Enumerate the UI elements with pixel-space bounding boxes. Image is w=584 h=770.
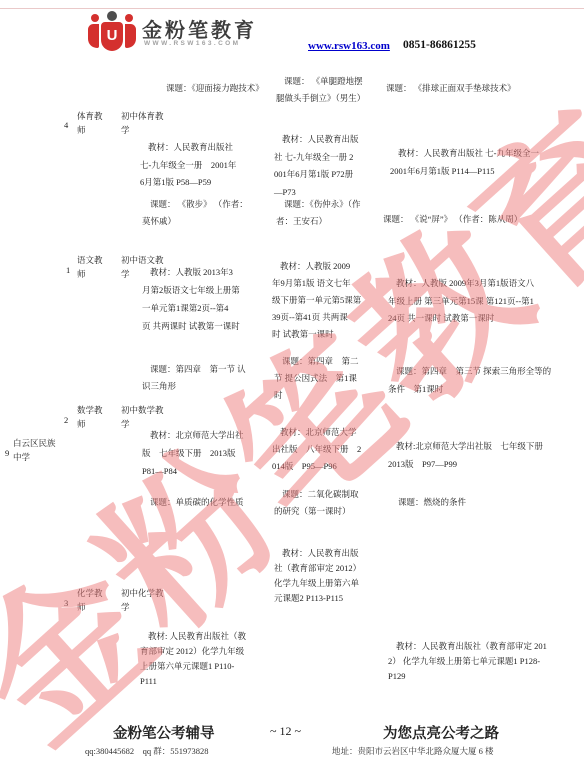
brand-name: 金粉笔教育 [142, 14, 257, 43]
pe-material-left: 教材：人民教育出版社七-九年级全一册 2001年6月第1版 P58—P59 [140, 139, 274, 192]
top-divider [0, 8, 584, 9]
math-material-left: 教材：北京师范大学出社版 七年级下册 2013版P81—P84 [142, 426, 276, 480]
chem-position-label: 化学教师 [77, 586, 103, 614]
brand-site-caption: WWW.RSW163.COM [144, 40, 240, 47]
pe-position-label: 体育教师 [77, 109, 103, 137]
pe-material-mid: 教材：人民教育出版社 七-九年级全一册 2001年6月第1版 P72册—P73 [274, 131, 396, 201]
logo-left-arm-icon [88, 24, 99, 48]
chinese-material-mid: 教材：人教版 2009年9月第1版 语文七年级下册第一单元第5课第39页--第4… [272, 258, 396, 343]
pe-subject-label: 初中体育教学 [121, 109, 164, 137]
math-material-mid: 教材：北京师范大学出社版 八年级下册 2014版 P95—P96 [272, 424, 396, 475]
footer-right-title: 为您点亮公考之路 [383, 722, 499, 743]
chinese-position-label: 语文教师 [77, 253, 103, 281]
chem-topic-left: 课题：单质碳的化学性质 [142, 494, 287, 512]
logo-u-icon: U [101, 22, 123, 51]
chem-material-left: 教材: 人民教育出版社（教育部审定 2012）化学九年级上册第六单元课题1 P1… [140, 629, 278, 689]
logo-head-icon [107, 11, 117, 21]
phone-number: 0851-86861255 [403, 39, 476, 51]
pe-topic-right: 课题： 《排球正面双手垫球技术》 [378, 80, 583, 98]
math-position-label: 数学教师 [77, 403, 103, 431]
math-material-right: 教材:北京师范大学出社版 七年级下册2013版 P97—P99 [388, 438, 584, 473]
logo-right-arm-icon [125, 24, 136, 48]
website-link[interactable]: www.rsw163.com [308, 40, 390, 52]
document-page: U 金粉笔教育 WWW.RSW163.COM www.rsw163.com 08… [0, 0, 584, 770]
footer-address: 地址：贵阳市云岩区中华北路众厦大厦 6 楼 [332, 745, 494, 757]
math-topic-mid: 课题：第四章 第二节 提公因式法 第1课时 [274, 353, 396, 404]
pe-row-number: 4 [64, 120, 68, 130]
math-row-number: 2 [64, 415, 68, 425]
school-name: 白云区民族中学 [13, 436, 56, 464]
chem-topic-mid: 课题：二氧化碳制取的研究（第一课时） [274, 486, 396, 520]
logo-right-figure-icon [125, 14, 133, 22]
chinese-material-left: 教材：人教版 2013年3月第2版语文七年级上册第一单元第1课第2页--第4页 … [142, 263, 276, 335]
pe-topic-left: 课题：《迎面接力跑技术》 [158, 80, 288, 98]
footer-qq-line: qq:380445682 qq 群：551973828 [85, 745, 209, 757]
chem-row-number: 3 [64, 598, 68, 608]
math-topic-right: 课题：第四章 第三节 探索三角形全等的条件 第1课时 [388, 362, 584, 398]
chinese-topic-left: 课题： 《散步》 （作者：莫怀戚） [142, 196, 274, 230]
logo-left-figure-icon [91, 14, 99, 22]
chinese-material-right: 教材：人教版 2009年3月第1版语文八年级上册 第三单元第15课 第121页-… [388, 275, 584, 328]
chem-material-right: 教材：人民教育出版社（教育部审定 2012） 化学九年级上册第七单元课题1 P1… [388, 639, 584, 684]
pe-material-right: 教材：人民教育出版社 七-九年级全一2001年6月第1版 P114—P115 [390, 145, 584, 180]
math-topic-left: 课题：第四章 第一节 认识三角形 [142, 361, 276, 395]
chinese-topic-right: 课题： 《说“屏”》 （作者：陈从周） [375, 211, 584, 229]
school-number: 9 [5, 448, 9, 458]
chem-material-mid: 教材：人民教育出版社（教育部审定 2012）化学九年级上册第六单元课题2 P11… [274, 546, 400, 606]
footer-left-title: 金粉笔公考辅导 [113, 722, 215, 743]
footer-page-number: ~ 12 ~ [270, 724, 301, 739]
chinese-row-number: 1 [66, 265, 70, 275]
brand-logo-icon: U [88, 11, 136, 58]
chem-subject-label: 初中化学教学 [121, 586, 164, 614]
chem-topic-right: 课题：燃烧的条件 [390, 494, 525, 512]
